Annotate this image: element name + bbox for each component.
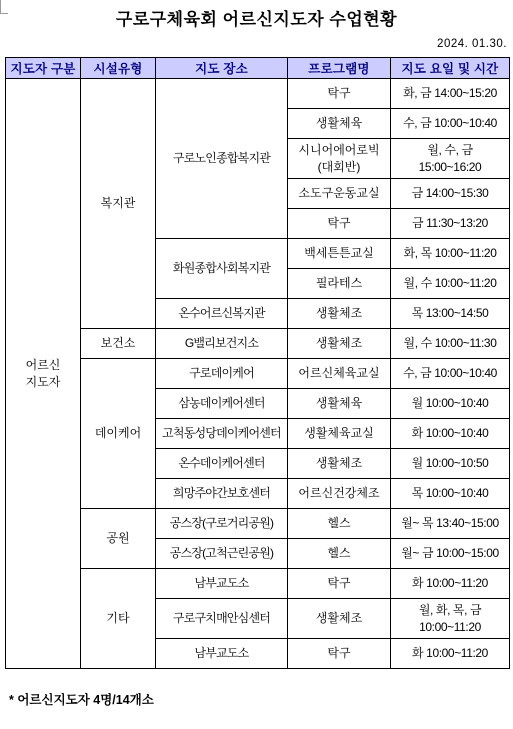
column-header-place: 지도 장소 bbox=[156, 58, 288, 79]
column-header-time: 지도 요일 및 시간 bbox=[391, 58, 510, 79]
program-cell: 생활체조 bbox=[288, 449, 391, 479]
time-cell: 월 10:00~10:50 bbox=[391, 449, 510, 479]
program-cell: 탁구 bbox=[288, 79, 391, 109]
page-title: 구로구체육회 어르신지도자 수업현황 bbox=[0, 0, 513, 30]
time-cell: 수, 금 10:00~10:40 bbox=[391, 359, 510, 389]
program-cell: 탁구 bbox=[288, 639, 391, 669]
time-cell: 금 14:00~15:30 bbox=[391, 179, 510, 209]
place-cell: 삼농데이케어센터 bbox=[156, 389, 288, 419]
place-cell: 희망주야간보호센터 bbox=[156, 479, 288, 509]
program-cell: 헬스 bbox=[288, 509, 391, 539]
leader-cell: 어르신 지도자 bbox=[6, 79, 81, 669]
program-cell: 어르신건강체조 bbox=[288, 479, 391, 509]
place-cell: 온수데이케어센터 bbox=[156, 449, 288, 479]
table-row: 기타 남부교도소 탁구 화 10:00~11:20 bbox=[6, 569, 510, 599]
place-cell: 고척동성당데이케어센터 bbox=[156, 419, 288, 449]
time-cell: 화 10:00~11:20 bbox=[391, 569, 510, 599]
program-cell: 헬스 bbox=[288, 539, 391, 569]
program-cell: 백세튼튼교실 bbox=[288, 239, 391, 269]
place-cell: 구로데이케어 bbox=[156, 359, 288, 389]
place-cell: 남부교도소 bbox=[156, 639, 288, 669]
place-cell: 공스장(구로거리공원) bbox=[156, 509, 288, 539]
table-row: 데이케어 구로데이케어 어르신체육교실 수, 금 10:00~10:40 bbox=[6, 359, 510, 389]
program-cell: 시니어에어로빅 (대회반) bbox=[288, 139, 391, 179]
place-cell: 구로노인종합복지관 bbox=[156, 79, 288, 239]
facility-cell: 공원 bbox=[81, 509, 156, 569]
program-cell: 생활체조 bbox=[288, 599, 391, 639]
facility-cell: 보건소 bbox=[81, 329, 156, 359]
time-cell: 수, 금 10:00~10:40 bbox=[391, 109, 510, 139]
footer-note: * 어르신지도자 4명/14개소 bbox=[9, 690, 513, 708]
page-edge-artifact bbox=[0, 0, 8, 14]
place-cell: 공스장(고척근린공원) bbox=[156, 539, 288, 569]
program-cell: 생활체조 bbox=[288, 299, 391, 329]
time-cell: 화 10:00~10:40 bbox=[391, 419, 510, 449]
place-cell: 화원종합사회복지관 bbox=[156, 239, 288, 299]
facility-cell: 데이케어 bbox=[81, 359, 156, 509]
time-cell: 목 13:00~14:50 bbox=[391, 299, 510, 329]
time-cell: 월, 수 10:00~11:20 bbox=[391, 269, 510, 299]
time-cell: 금 11:30~13:20 bbox=[391, 209, 510, 239]
time-cell: 월, 수, 금 15:00~16:20 bbox=[391, 139, 510, 179]
place-cell: G밸리보건지소 bbox=[156, 329, 288, 359]
column-header-leader: 지도자 구분 bbox=[6, 58, 81, 79]
program-cell: 생활체조 bbox=[288, 329, 391, 359]
report-date: 2024. 01.30. bbox=[0, 30, 513, 50]
time-cell: 목 10:00~10:40 bbox=[391, 479, 510, 509]
header-row: 지도자 구분 시설유형 지도 장소 프로그램명 지도 요일 및 시간 bbox=[6, 58, 510, 79]
column-header-program: 프로그램명 bbox=[288, 58, 391, 79]
schedule-table: 지도자 구분 시설유형 지도 장소 프로그램명 지도 요일 및 시간 어르신 지… bbox=[5, 57, 510, 669]
time-cell: 화, 목 10:00~11:20 bbox=[391, 239, 510, 269]
time-cell: 월 10:00~10:40 bbox=[391, 389, 510, 419]
time-cell: 월~ 목 13:40~15:00 bbox=[391, 509, 510, 539]
time-cell: 월~ 금 10:00~15:00 bbox=[391, 539, 510, 569]
program-cell: 생활체육교실 bbox=[288, 419, 391, 449]
place-cell: 구로구치매안심센터 bbox=[156, 599, 288, 639]
place-cell: 온수어르신복지관 bbox=[156, 299, 288, 329]
program-cell: 탁구 bbox=[288, 569, 391, 599]
program-cell: 어르신체육교실 bbox=[288, 359, 391, 389]
program-cell: 필라테스 bbox=[288, 269, 391, 299]
facility-cell: 기타 bbox=[81, 569, 156, 669]
column-header-facility: 시설유형 bbox=[81, 58, 156, 79]
time-cell: 월, 화, 목, 금 10:00~11:20 bbox=[391, 599, 510, 639]
program-cell: 생활체육 bbox=[288, 109, 391, 139]
program-cell: 생활체육 bbox=[288, 389, 391, 419]
time-cell: 월, 수 10:00~11:30 bbox=[391, 329, 510, 359]
facility-cell: 복지관 bbox=[81, 79, 156, 329]
time-cell: 화, 금 14:00~15:20 bbox=[391, 79, 510, 109]
table-row: 보건소 G밸리보건지소 생활체조 월, 수 10:00~11:30 bbox=[6, 329, 510, 359]
time-cell: 화 10:00~11:20 bbox=[391, 639, 510, 669]
program-cell: 탁구 bbox=[288, 209, 391, 239]
program-cell: 소도구운동교실 bbox=[288, 179, 391, 209]
table-row: 어르신 지도자 복지관 구로노인종합복지관 탁구 화, 금 14:00~15:2… bbox=[6, 79, 510, 109]
table-row: 공원 공스장(구로거리공원) 헬스 월~ 목 13:40~15:00 bbox=[6, 509, 510, 539]
place-cell: 남부교도소 bbox=[156, 569, 288, 599]
